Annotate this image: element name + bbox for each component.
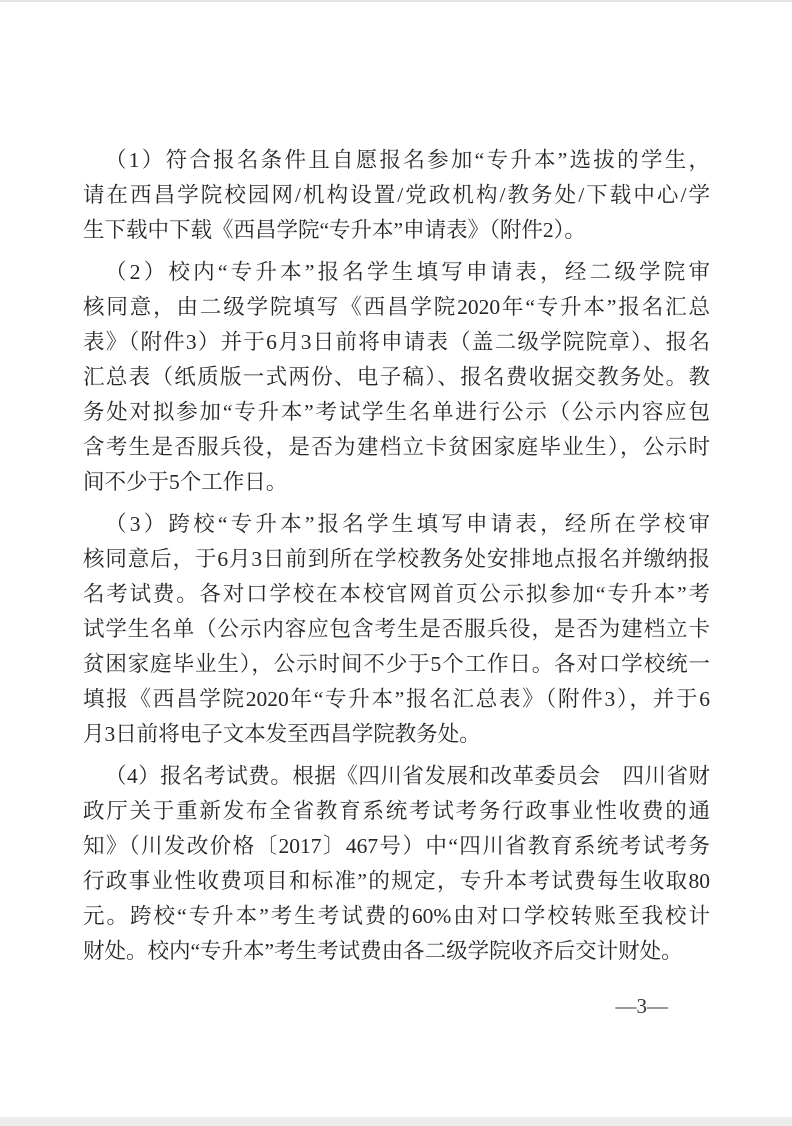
text-line: 务处对拟参加“专升本”考试学生名单进行公示（公示内容应包 [83, 395, 710, 430]
text-line: 政厅关于重新发布全省教育系统考试考务行政事业性收费的通 [83, 794, 710, 829]
text-line: 名考试费。各对口学校在本校官网首页公示拟参加“专升本”考 [83, 577, 710, 612]
text-line: 生下载中下载《西昌学院“专升本”申请表》（附件2）。 [83, 213, 710, 248]
paragraph: （2）校内“专升本”报名学生填写申请表，经二级学院审核同意，由二级学院填写《西昌… [83, 255, 710, 500]
text-line: 间不少于5个工作日。 [83, 465, 710, 500]
page-bottom-edge [0, 1117, 792, 1126]
text-line: 表》（附件3）并于6月3日前将申请表（盖二级学院院章）、报名 [83, 325, 710, 360]
text-line: 填报《西昌学院2020年“专升本”报名汇总表》（附件3），并于6 [83, 682, 710, 717]
text-line: 贫困家庭毕业生），公示时间不少于5个工作日。各对口学校统一 [83, 647, 710, 682]
text-line: 汇总表（纸质版一式两份、电子稿）、报名费收据交教务处。教 [83, 360, 710, 395]
text-line: 含考生是否服兵役，是否为建档立卡贫困家庭毕业生），公示时 [83, 430, 710, 465]
text-line: 核同意，由二级学院填写《西昌学院2020年“专升本”报名汇总 [83, 290, 710, 325]
text-line: 月3日前将电子文本发至西昌学院教务处。 [83, 717, 710, 752]
text-line: 行政事业性收费项目和标准”的规定，专升本考试费每生收取80 [83, 864, 710, 899]
paragraph: （3）跨校“专升本”报名学生填写申请表，经所在学校审核同意后，于6月3日前到所在… [83, 507, 710, 752]
text-line: 元。跨校“专升本”考生考试费的60%由对口学校转账至我校计 [83, 899, 710, 934]
text-line: （1）符合报名条件且自愿报名参加“专升本”选拔的学生， [83, 143, 710, 178]
page-number: —3— [616, 994, 669, 1019]
text-line: 请在西昌学院校园网/机构设置/党政机构/教务处/下载中心/学 [83, 178, 710, 213]
text-line: 知》（川发改价格〔2017〕467号）中“四川省教育系统考试考务 [83, 829, 710, 864]
text-line: （4）报名考试费。根据《四川省发展和改革委员会 四川省财 [83, 759, 710, 794]
text-line: 试学生名单（公示内容应包含考生是否服兵役，是否为建档立卡 [83, 612, 710, 647]
page-top-edge [0, 0, 792, 2]
document-body: （1）符合报名条件且自愿报名参加“专升本”选拔的学生，请在西昌学院校园网/机构设… [83, 143, 710, 976]
text-line: （2）校内“专升本”报名学生填写申请表，经二级学院审 [83, 255, 710, 290]
paragraph: （1）符合报名条件且自愿报名参加“专升本”选拔的学生，请在西昌学院校园网/机构设… [83, 143, 710, 248]
text-line: （3）跨校“专升本”报名学生填写申请表，经所在学校审 [83, 507, 710, 542]
text-line: 财处。校内“专升本”考生考试费由各二级学院收齐后交计财处。 [83, 934, 710, 969]
paragraph: （4）报名考试费。根据《四川省发展和改革委员会 四川省财政厅关于重新发布全省教育… [83, 759, 710, 969]
text-line: 核同意后，于6月3日前到所在学校教务处安排地点报名并缴纳报 [83, 542, 710, 577]
